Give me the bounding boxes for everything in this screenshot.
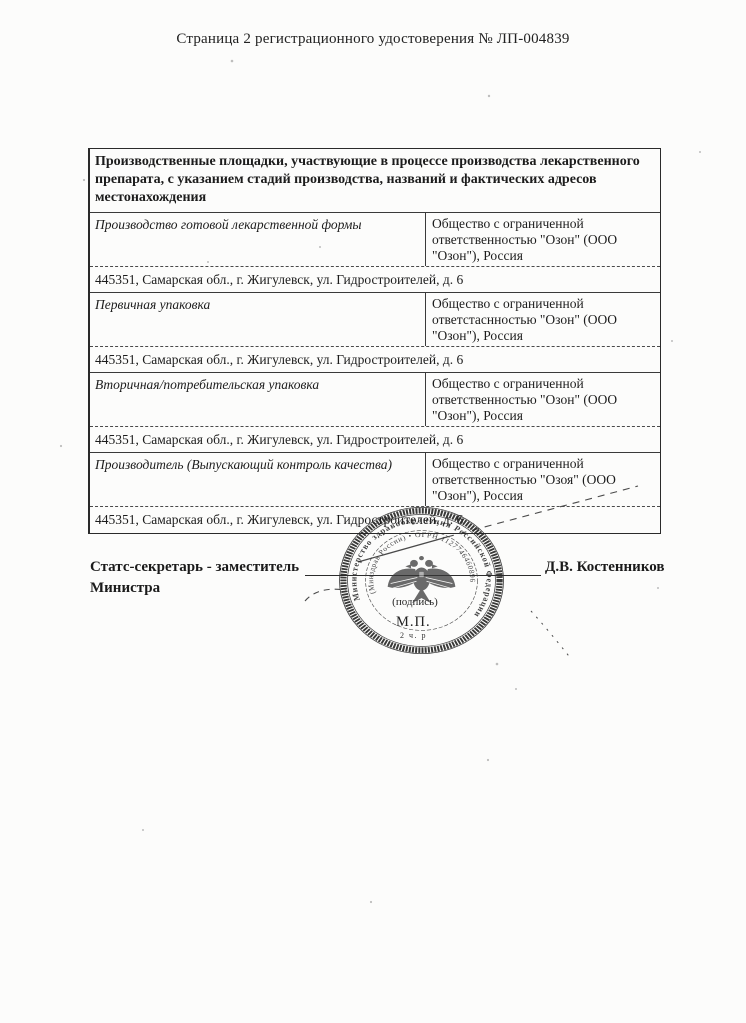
- double-headed-eagle-emblem: [388, 556, 455, 602]
- signatory-title: Статс-секретарь - заместитель Министра: [90, 557, 335, 599]
- scanned-document-page: { "page": { "header": "Страница 2 регист…: [0, 0, 746, 1023]
- table-row: Производство готовой лекарственной формы…: [90, 213, 660, 267]
- stage-cell: Первичная упаковка: [90, 293, 425, 346]
- ministry-round-stamp: Министерство здравоохранения Российской …: [338, 506, 505, 655]
- table-row: Вторичная/потребительская упаковка Общес…: [90, 373, 660, 427]
- stage-cell: Производитель (Выпускающий контроль каче…: [90, 453, 425, 506]
- stage-cell: Вторичная/потребительская упаковка: [90, 373, 425, 426]
- signatory-title-line1: Статс-секретарь - заместитель: [90, 559, 299, 575]
- production-sites-table: Производственные площадки, участвующие в…: [88, 148, 661, 534]
- company-cell: Общество с ограниченной ответственностью…: [425, 213, 660, 266]
- address-cell: 445351, Самарская обл., г. Жигулевск, ул…: [90, 347, 660, 373]
- stage-cell: Производство готовой лекарственной формы: [90, 213, 425, 266]
- table-row: Производитель (Выпускающий контроль каче…: [90, 453, 660, 507]
- svg-text:Министерство здравоохранения Р: Министерство здравоохранения Российской …: [344, 506, 504, 620]
- address-cell: 445351, Самарская обл., г. Жигулевск, ул…: [90, 427, 660, 453]
- signatory-name: Д.В. Костенников: [545, 559, 665, 576]
- table-row: Первичная упаковка Общество с ограниченн…: [90, 293, 660, 347]
- address-cell: 445351, Самарская обл., г. Жигулевск, ул…: [90, 267, 660, 293]
- stamp-ring-text: Министерство здравоохранения Российской …: [344, 506, 504, 620]
- signatory-title-line2: Министра: [90, 580, 160, 596]
- company-cell: Общество с ограниченной ответственностью…: [425, 373, 660, 426]
- page-header: Страница 2 регистрационного удостоверени…: [0, 31, 746, 48]
- table-header: Производственные площадки, участвующие в…: [90, 149, 660, 213]
- company-cell: Общество с ограниченной ответственностью…: [425, 453, 660, 506]
- company-cell: Общество с ограниченной ответстаснностью…: [425, 293, 660, 346]
